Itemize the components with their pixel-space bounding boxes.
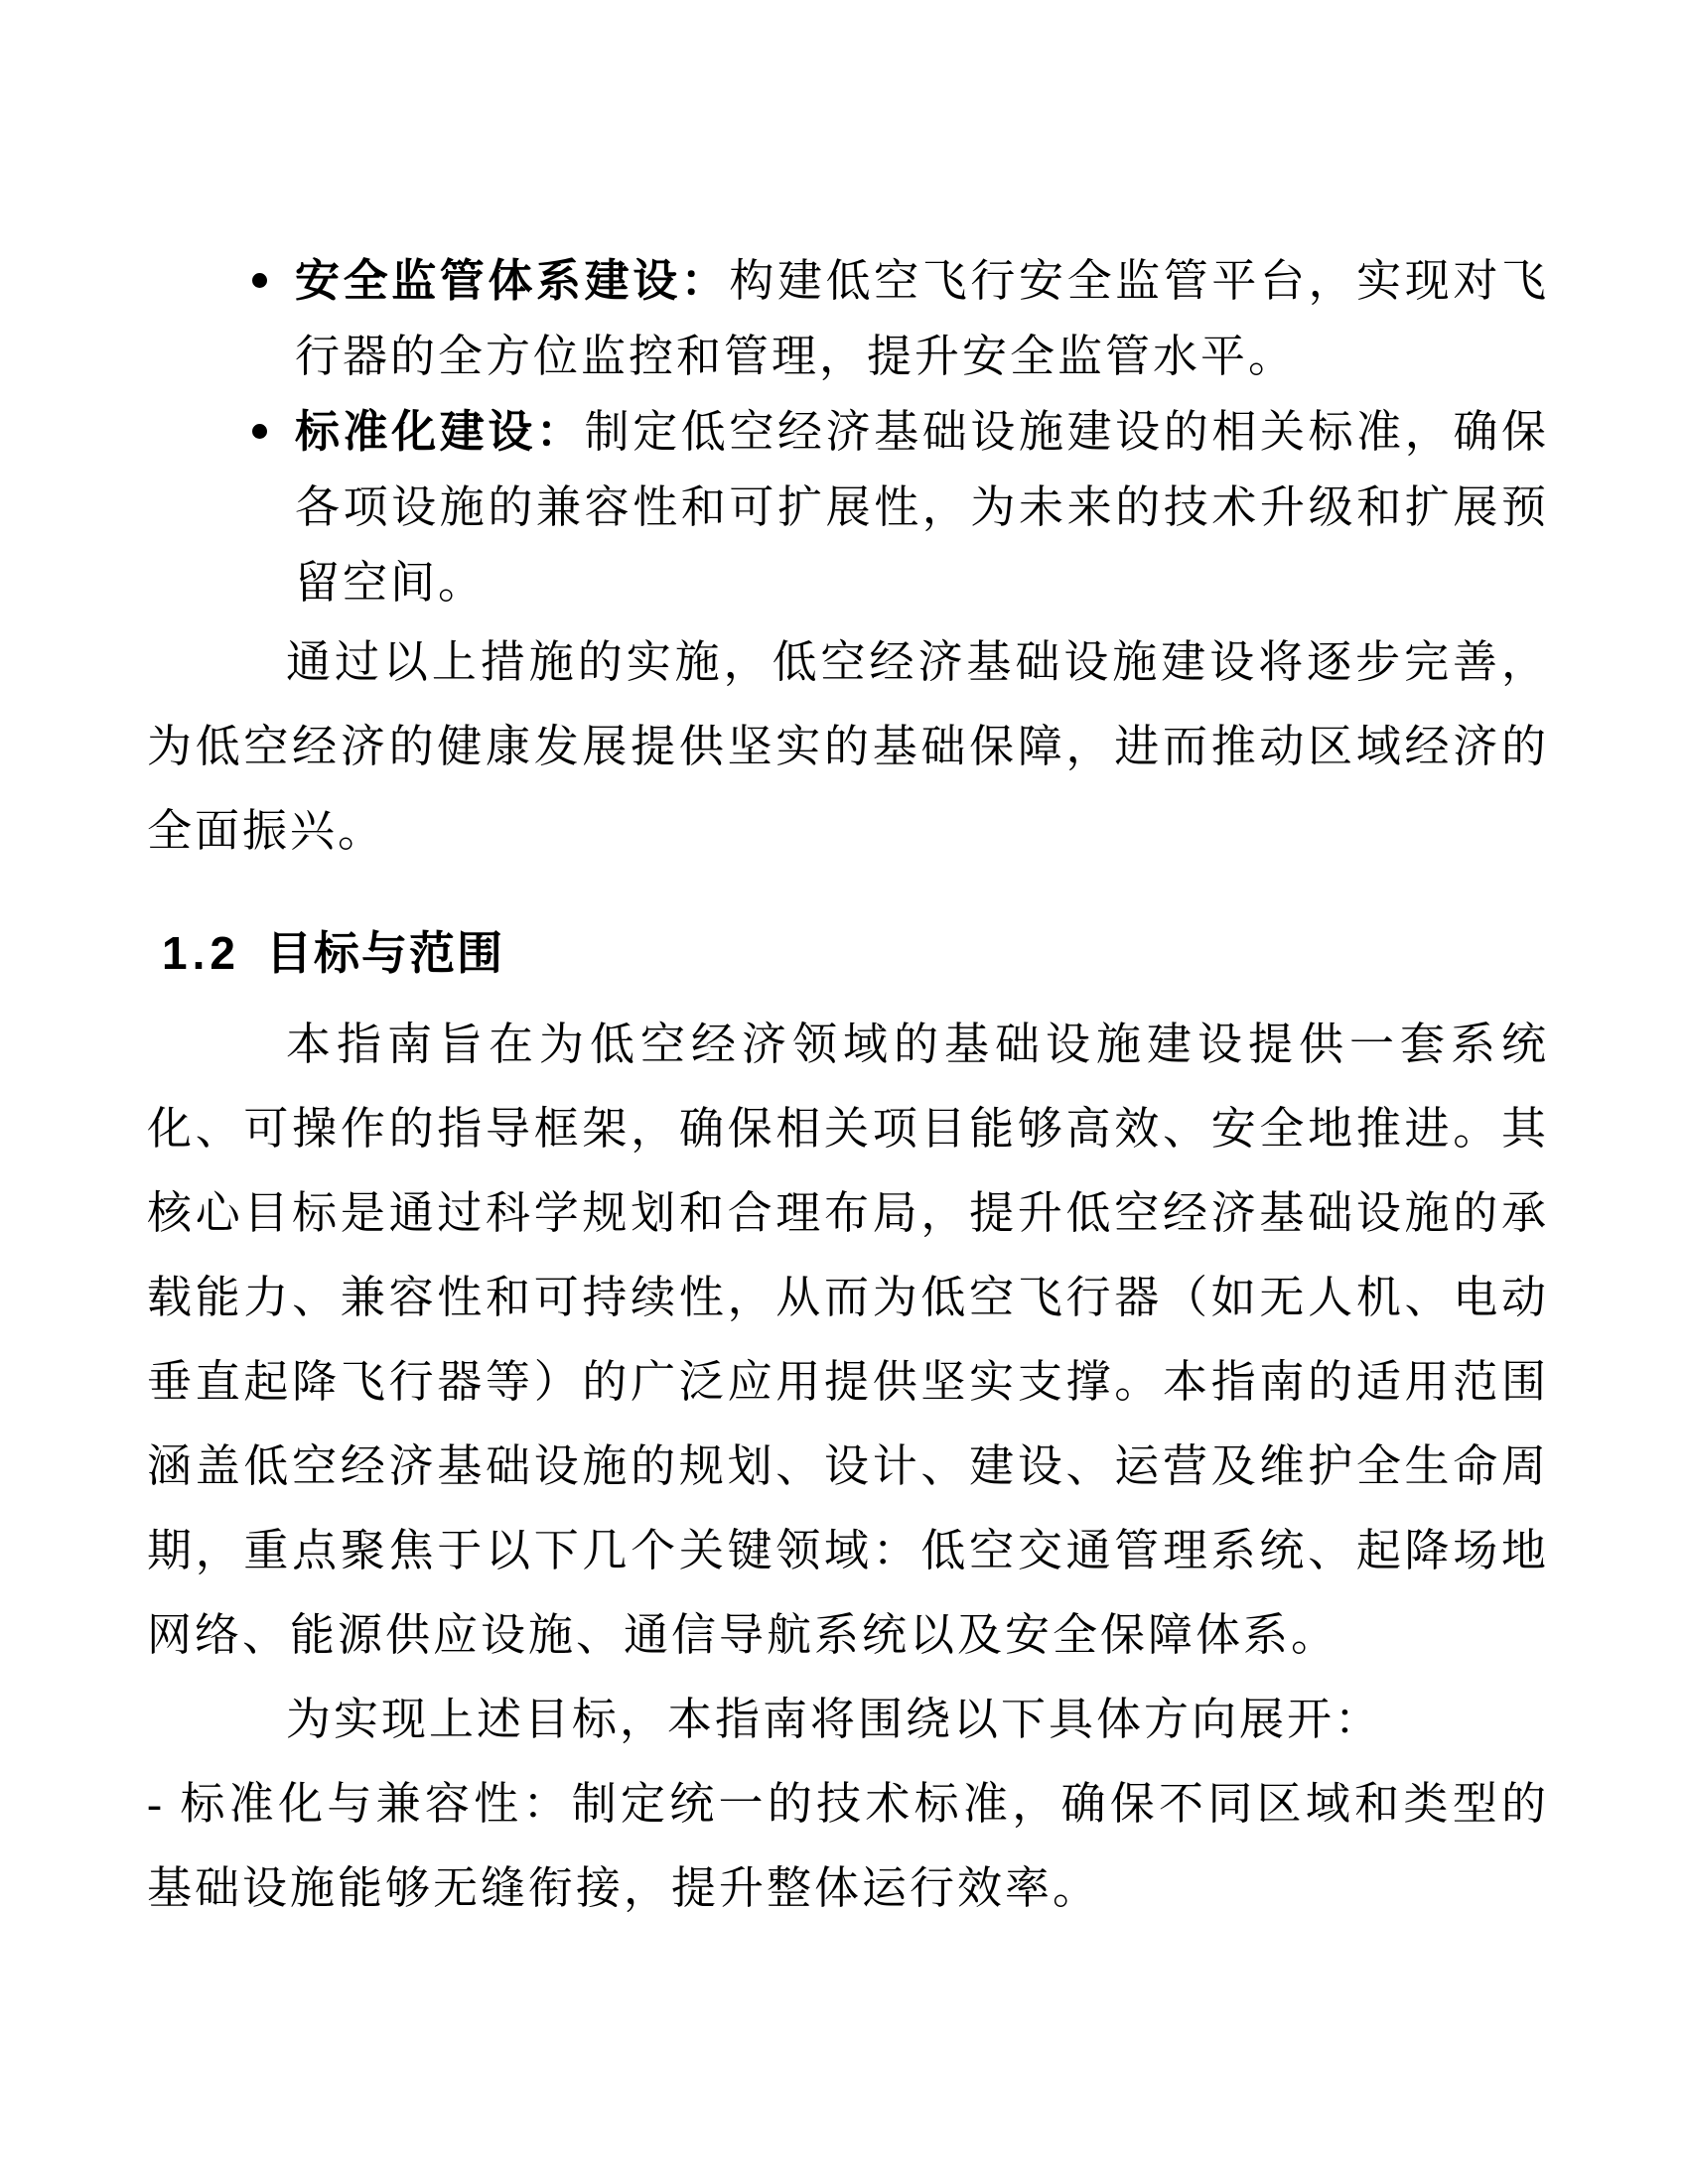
page-content: 安全监管体系建设：构建低空飞行安全监管平台，实现对飞行器的全方位监控和管理，提升… <box>147 243 1549 1931</box>
body-paragraph: 为实现上述目标，本指南将围绕以下具体方向展开： <box>147 1678 1549 1762</box>
bullet-list: 安全监管体系建设：构建低空飞行安全监管平台，实现对飞行器的全方位监控和管理，提升… <box>147 243 1549 620</box>
bullet-label: 标准化建设： <box>295 407 585 457</box>
document-page: 安全监管体系建设：构建低空飞行安全监管平台，实现对飞行器的全方位监控和管理，提升… <box>0 0 1688 2184</box>
section-heading: 1.2目标与范围 <box>162 925 1549 981</box>
body-paragraph: 本指南旨在为低空经济领域的基础设施建设提供一套系统化、可操作的指导框架，确保相关… <box>147 1003 1549 1678</box>
bullet-label: 安全监管体系建设： <box>295 256 729 306</box>
body-paragraph: - 标准化与兼容性：制定统一的技术标准，确保不同区域和类型的基础设施能够无缝衔接… <box>147 1762 1549 1931</box>
bullet-dot-icon <box>252 424 267 439</box>
bullet-dot-icon <box>252 273 267 288</box>
summary-paragraph: 通过以上措施的实施，低空经济基础设施建设将逐步完善，为低空经济的健康发展提供坚实… <box>147 620 1549 874</box>
section-title: 目标与范围 <box>266 927 504 979</box>
bullet-item-standardization: 标准化建设：制定低空经济基础设施建设的相关标准，确保各项设施的兼容性和可扩展性，… <box>147 394 1549 620</box>
bullet-item-safety-supervision: 安全监管体系建设：构建低空飞行安全监管平台，实现对飞行器的全方位监控和管理，提升… <box>147 243 1549 394</box>
section-number: 1.2 <box>162 927 240 979</box>
